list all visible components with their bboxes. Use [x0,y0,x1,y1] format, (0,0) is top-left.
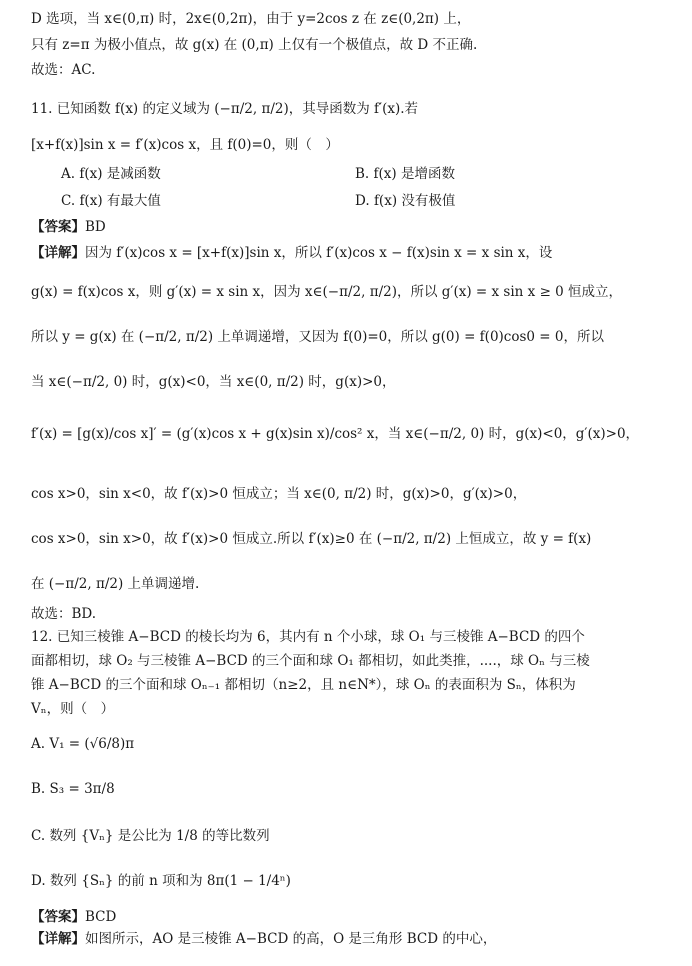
q11-detail-line-6: cos x>0，sin x<0，故 f′(x)>0 恒成立；当 x∈(0, π/… [31,485,526,503]
detail-tag: 【详解】 [31,245,85,261]
q11-conclusion: 故选：BD. [31,605,96,623]
q12-stem-line-4: Vₙ，则（ ） [31,700,114,718]
q11-stem-line-1: 11. 已知函数 f(x) 的定义域为 (−π/2, π/2)，其导函数为 f′… [31,100,418,118]
q11-detail-line-8: 在 (−π/2, π/2) 上单调递增. [31,575,199,593]
q12-answer: 【答案】BCD [31,908,116,926]
q11-detail-line-5: f′(x) = [g(x)/cos x]′ = (g′(x)cos x + g(… [31,425,639,443]
detail-tag: 【详解】 [31,931,85,947]
detail-text: 如图所示，AO 是三棱锥 A−BCD 的高，O 是三角形 BCD 的中心， [85,931,496,947]
option-text: S₃ = 3π/8 [50,781,115,797]
q11-option-c: C. f(x) 有最大值 [61,192,161,210]
q12-option-b: B. S₃ = 3π/8 [31,780,115,798]
option-label: C. [61,193,75,209]
q11-detail-line-2: g(x) = f(x)cos x，则 g′(x) = x sin x，因为 x∈… [31,283,622,301]
q12-option-a: A. V₁ = (√6/8)π [31,735,134,753]
option-label: D. [31,873,46,889]
q11-detail-line-1: 【详解】因为 f′(x)cos x = [x+f(x)]sin x，所以 f′(… [31,244,552,262]
option-text: f(x) 是增函数 [374,166,455,182]
text-line-extremum: 只有 z=π 为极小值点，故 g(x) 在 (0,π) 上仅有一个极值点，故 D… [31,36,477,54]
text-line-choose-ac: 故选：AC. [31,61,95,79]
option-label: D. [355,193,370,209]
q11-stem-line-2: [x+f(x)]sin x = f′(x)cos x，且 f(0)=0，则（ ） [31,136,339,154]
q11-detail-line-7: cos x>0，sin x>0，故 f′(x)>0 恒成立.所以 f′(x)≥0… [31,530,591,548]
option-text: f(x) 没有极值 [374,193,455,209]
option-text: f(x) 有最大值 [79,193,160,209]
detail-text: 因为 f′(x)cos x = [x+f(x)]sin x，所以 f′(x)co… [85,245,552,261]
option-label: A. [31,736,45,752]
q11-option-d: D. f(x) 没有极值 [355,192,455,210]
q11-option-b: B. f(x) 是增函数 [355,165,455,183]
answer-tag: 【答案】 [31,909,85,925]
document-page: D 选项，当 x∈(0,π) 时，2x∈(0,2π)，由于 y=2cos z 在… [0,0,692,966]
text-line-d-option: D 选项，当 x∈(0,π) 时，2x∈(0,2π)，由于 y=2cos z 在… [31,10,470,28]
option-text: V₁ = (√6/8)π [49,736,134,752]
option-text: 数列 {Vₙ} 是公比为 1/8 的等比数列 [49,828,269,844]
q11-answer: 【答案】BD [31,218,106,236]
q12-option-c: C. 数列 {Vₙ} 是公比为 1/8 的等比数列 [31,827,270,845]
answer-value: BD [85,219,106,235]
option-label: A. [61,166,75,182]
q12-stem-line-3: 锥 A−BCD 的三个面和球 Oₙ₋₁ 都相切（n≥2，且 n∈N*），球 Oₙ… [31,676,576,694]
option-label: B. [31,781,45,797]
q11-detail-line-3: 所以 y = g(x) 在 (−π/2, π/2) 上单调递增，又因为 f(0)… [31,328,604,346]
option-label: C. [31,828,45,844]
option-text: 数列 {Sₙ} 的前 n 项和为 8π(1 − 1/4ⁿ) [50,873,291,889]
option-text: f(x) 是减函数 [79,166,160,182]
q12-stem-line-2: 面都相切，球 O₂ 与三棱锥 A−BCD 的三个面和球 O₁ 都相切，如此类推，… [31,652,590,670]
answer-value: BCD [85,909,116,925]
q12-detail: 【详解】如图所示，AO 是三棱锥 A−BCD 的高，O 是三角形 BCD 的中心… [31,930,496,948]
q12-option-d: D. 数列 {Sₙ} 的前 n 项和为 8π(1 − 1/4ⁿ) [31,872,291,890]
answer-tag: 【答案】 [31,219,85,235]
option-label: B. [355,166,369,182]
q11-option-a: A. f(x) 是减函数 [61,165,161,183]
q12-stem-line-1: 12. 已知三棱锥 A−BCD 的棱长均为 6，其内有 n 个小球，球 O₁ 与… [31,628,585,646]
q11-detail-line-4: 当 x∈(−π/2, 0) 时，g(x)<0，当 x∈(0, π/2) 时，g(… [31,373,396,391]
